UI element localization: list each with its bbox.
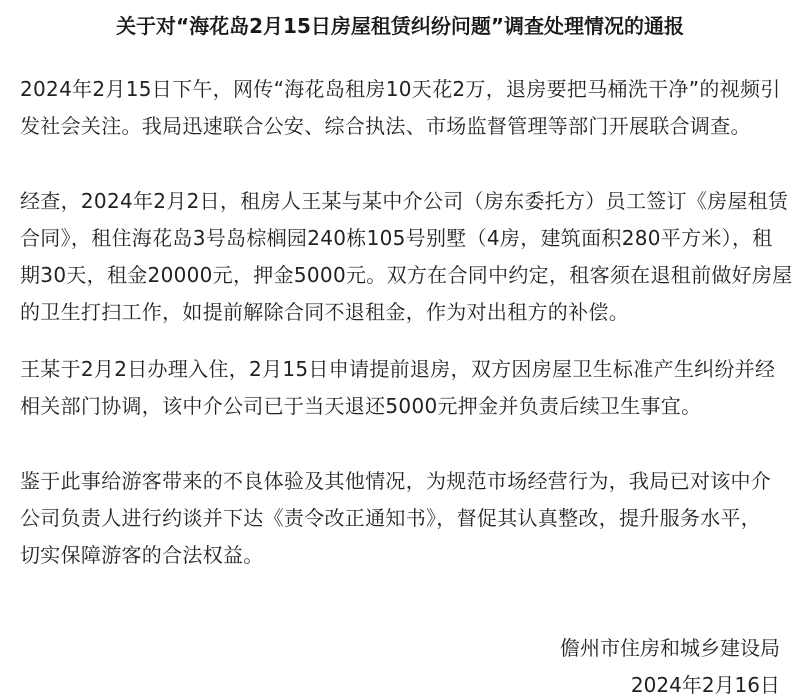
paragraph-line: 切实保障游客的合法权益。: [20, 537, 785, 574]
signature-date: 2024年2月16日: [631, 669, 780, 698]
paragraph-line: 发社会关注。我局迅速联合公安、综合执法、市场监督管理等部门开展联合调查。: [20, 108, 785, 145]
paragraph-2: 经查，2024年2月2日，租房人王某与某中介公司（房东委托方）员工签订《房屋租赁…: [20, 183, 785, 331]
paragraph-line: 经查，2024年2月2日，租房人王某与某中介公司（房东委托方）员工签订《房屋租赁: [20, 183, 785, 220]
paragraph-line: 鉴于此事给游客带来的不良体验及其他情况，为规范市场经营行为，我局已对该中介: [20, 463, 785, 500]
paragraph-line: 王某于2月2日办理入住，2月15日申请提前退房，双方因房屋卫生标准产生纠纷并经: [20, 351, 785, 388]
paragraph-line: 2024年2月15日下午，网传“海花岛租房10天花2万，退房要把马桶洗干净”的视…: [20, 71, 785, 108]
paragraph-line: 期30天，租金20000元，押金5000元。双方在合同中约定，租客须在退租前做好…: [20, 257, 785, 294]
paragraph-3: 王某于2月2日办理入住，2月15日申请提前退房，双方因房屋卫生标准产生纠纷并经 …: [20, 351, 785, 425]
paragraph-1: 2024年2月15日下午，网传“海花岛租房10天花2万，退房要把马桶洗干净”的视…: [20, 71, 785, 145]
paragraph-line: 相关部门协调，该中介公司已于当天退还5000元押金并负责后续卫生事宜。: [20, 388, 785, 425]
paragraph-line: 的卫生打扫工作，如提前解除合同不退租金，作为对出租方的补偿。: [20, 294, 785, 331]
paragraph-4: 鉴于此事给游客带来的不良体验及其他情况，为规范市场经营行为，我局已对该中介 公司…: [20, 463, 785, 574]
signature-organization: 儋州市住房和城乡建设局: [560, 632, 780, 661]
paragraph-line: 合同》，租住海花岛3号岛棕榈园240栋105号别墅（4房，建筑面积280平方米）…: [20, 220, 785, 257]
document-title: 关于对“海花岛2月15日房屋租赁纠纷问题”调查处理情况的通报: [0, 10, 800, 39]
paragraph-line: 公司负责人进行约谈并下达《责令改正通知书》，督促其认真整改，提升服务水平，: [20, 500, 785, 537]
